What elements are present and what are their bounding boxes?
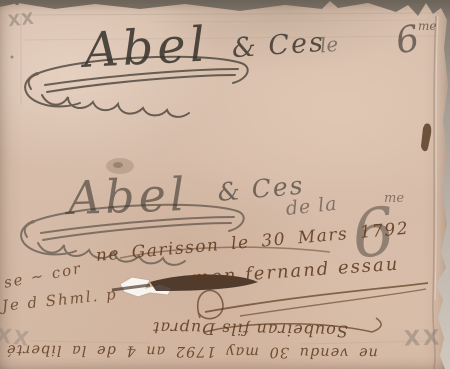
paper-sheet: XX XX XX Abel & Ces le 6 me [0, 0, 450, 369]
manuscript-flourish-layer [0, 0, 450, 369]
scanned-document-photo: XX XX XX Abel & Ces le 6 me [0, 0, 450, 369]
flourish-underline [205, 283, 428, 312]
handwritten-flipped-date-line: ne vendu 30 may 1792 an 4 de la liberté [6, 341, 378, 360]
brown-smudge-right-edge [421, 123, 431, 151]
handwritten-flipped-name-line: Soubeiran fils Duprat [152, 318, 348, 340]
flourish-loop [198, 290, 223, 318]
